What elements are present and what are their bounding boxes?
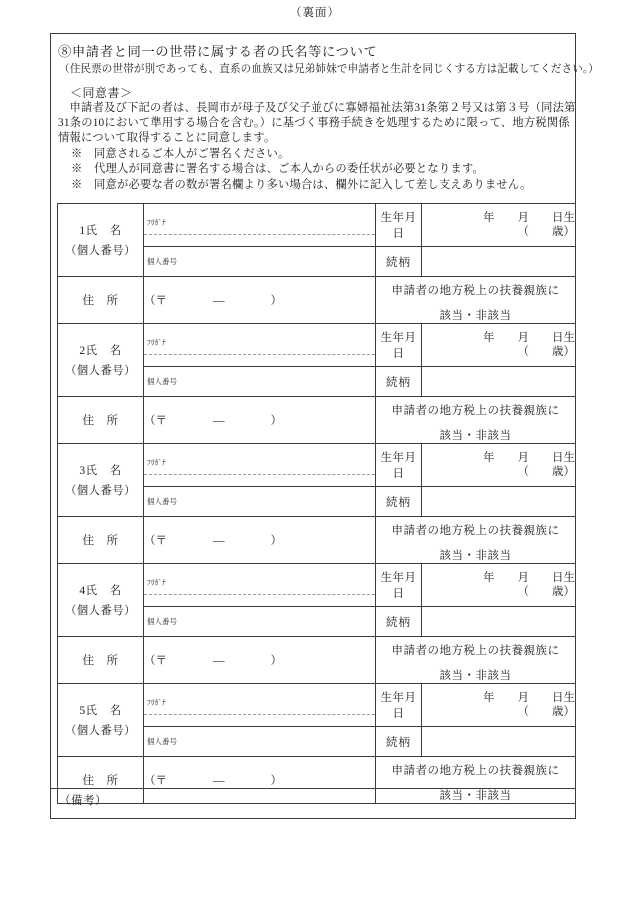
person-3-name-input-cell: ﾌﾘｶﾞﾅ	[144, 444, 376, 487]
person-2-personal-number-cell: 個人番号	[144, 367, 376, 397]
person-1-personal-number-cell: 個人番号	[144, 247, 376, 277]
person-2-name-label-cell: 2氏 名 （個人番号）	[58, 324, 144, 397]
person-name-label: 3氏 名	[58, 462, 143, 478]
furigana-label: ﾌﾘｶﾞﾅ	[144, 215, 375, 235]
relation-label: 続柄	[376, 367, 422, 397]
person-name-label: 4氏 名	[58, 582, 143, 598]
address-label: 住 所	[58, 397, 144, 444]
person-5-name-input-cell: ﾌﾘｶﾞﾅ	[144, 684, 376, 727]
tax-dependent-choice: 該当・非該当	[376, 547, 575, 563]
person-4-relation-value-cell	[422, 607, 576, 637]
birth-date-format-cell: 年 月 日生 （ 歳）	[422, 444, 576, 487]
table-row: 住 所 （〒 ― ） 申請者の地方税上の扶養親族に 該当・非該当	[58, 277, 576, 324]
person-1-relation-value-cell	[422, 247, 576, 277]
person-2-name-input-cell: ﾌﾘｶﾞﾅ	[144, 324, 376, 367]
address-label: 住 所	[58, 637, 144, 684]
relation-label: 続柄	[376, 727, 422, 757]
birth-age-line: （ 歳）	[422, 225, 575, 239]
person-5-name-label-cell: 5氏 名 （個人番号）	[58, 684, 144, 757]
person-2-address-input-cell: （〒 ― ）	[144, 397, 376, 444]
furigana-label: ﾌﾘｶﾞﾅ	[144, 695, 375, 715]
back-side-label: （裏面）	[0, 4, 630, 20]
person-number-sub-label: （個人番号）	[58, 242, 143, 258]
birth-date-label: 生年月日	[376, 564, 422, 607]
person-3-tax-dependent-cell: 申請者の地方税上の扶養親族に 該当・非該当	[376, 517, 576, 564]
personal-number-label: 個人番号	[144, 618, 375, 626]
consent-note: ※ 代理人が同意書に署名する場合は、ご本人からの委任状が必要となります。	[71, 162, 532, 177]
birth-date-format-cell: 年 月 日生 （ 歳）	[422, 564, 576, 607]
person-4-name-input-cell: ﾌﾘｶﾞﾅ	[144, 564, 376, 607]
person-1-name-label-cell: 1氏 名 （個人番号）	[58, 204, 144, 277]
address-label: 住 所	[58, 517, 144, 564]
birth-age-line: （ 歳）	[422, 585, 575, 599]
birth-date-label: 生年月日	[376, 204, 422, 247]
birth-format-line: 年 月 日生	[422, 691, 575, 705]
relation-label: 続柄	[376, 607, 422, 637]
person-2-relation-value-cell	[422, 367, 576, 397]
tax-dependent-line: 申請者の地方税上の扶養親族に	[376, 642, 575, 658]
birth-format-line: 年 月 日生	[422, 451, 575, 465]
personal-number-label: 個人番号	[144, 498, 375, 506]
personal-number-label: 個人番号	[144, 378, 375, 386]
consent-line: 情報について取得することに同意します。	[58, 131, 572, 146]
table-row: 1氏 名 （個人番号） ﾌﾘｶﾞﾅ 生年月日 年 月 日生 （ 歳）	[58, 204, 576, 247]
section-title: ⑧申請者と同一の世帯に属する者の氏名等について	[58, 41, 377, 60]
person-4-personal-number-cell: 個人番号	[144, 607, 376, 637]
birth-format-line: 年 月 日生	[422, 211, 575, 225]
tax-dependent-line: 申請者の地方税上の扶養親族に	[376, 402, 575, 418]
person-number-sub-label: （個人番号）	[58, 722, 143, 738]
person-4-tax-dependent-cell: 申請者の地方税上の扶養親族に 該当・非該当	[376, 637, 576, 684]
tax-dependent-choice: 該当・非該当	[376, 427, 575, 443]
person-name-label: 2氏 名	[58, 342, 143, 358]
birth-date-label: 生年月日	[376, 684, 422, 727]
tax-dependent-line: 申請者の地方税上の扶養親族に	[376, 282, 575, 298]
table-row: 住 所 （〒 ― ） 申請者の地方税上の扶養親族に 該当・非該当	[58, 397, 576, 444]
person-name-label: 5氏 名	[58, 702, 143, 718]
table-row: 住 所 （〒 ― ） 申請者の地方税上の扶養親族に 該当・非該当	[58, 517, 576, 564]
person-4-name-label-cell: 4氏 名 （個人番号）	[58, 564, 144, 637]
consent-notes: ※ 同意されるご本人がご署名ください。 ※ 代理人が同意書に署名する場合は、ご本…	[71, 147, 532, 193]
birth-date-format-cell: 年 月 日生 （ 歳）	[422, 684, 576, 727]
remarks-label: （備考）	[59, 792, 107, 808]
table-row: 4氏 名 （個人番号） ﾌﾘｶﾞﾅ 生年月日 年 月 日生 （ 歳）	[58, 564, 576, 607]
birth-format-line: 年 月 日生	[422, 331, 575, 345]
table-row: 住 所 （〒 ― ） 申請者の地方税上の扶養親族に 該当・非該当	[58, 637, 576, 684]
birth-age-line: （ 歳）	[422, 705, 575, 719]
birth-format-line: 年 月 日生	[422, 571, 575, 585]
person-1-tax-dependent-cell: 申請者の地方税上の扶養親族に 該当・非該当	[376, 277, 576, 324]
consent-line: 申請者及び下記の者は、長岡市が母子及び父子並びに寡婦福祉法第31条第２号又は第３…	[58, 101, 572, 116]
personal-number-label: 個人番号	[144, 738, 375, 746]
table-row: 2氏 名 （個人番号） ﾌﾘｶﾞﾅ 生年月日 年 月 日生 （ 歳）	[58, 324, 576, 367]
household-members-table: 1氏 名 （個人番号） ﾌﾘｶﾞﾅ 生年月日 年 月 日生 （ 歳） 個人番号 …	[57, 203, 576, 804]
birth-date-label: 生年月日	[376, 444, 422, 487]
table-row: 5氏 名 （個人番号） ﾌﾘｶﾞﾅ 生年月日 年 月 日生 （ 歳）	[58, 684, 576, 727]
consent-line: 31条の10において準用する場合を含む。）に基づく事務手続きを処理するために限っ…	[58, 116, 572, 131]
consent-note: ※ 同意されるご本人がご署名ください。	[71, 147, 532, 162]
furigana-label: ﾌﾘｶﾞﾅ	[144, 575, 375, 595]
tax-dependent-choice: 該当・非該当	[376, 307, 575, 323]
tax-dependent-line: 申請者の地方税上の扶養親族に	[376, 522, 575, 538]
furigana-label: ﾌﾘｶﾞﾅ	[144, 455, 375, 475]
relation-label: 続柄	[376, 247, 422, 277]
section-box: ⑧申請者と同一の世帯に属する者の氏名等について （住民票の世帯が別であっても、直…	[50, 33, 576, 819]
consent-paragraph: 申請者及び下記の者は、長岡市が母子及び父子並びに寡婦福祉法第31条第２号又は第３…	[58, 101, 572, 147]
person-1-name-input-cell: ﾌﾘｶﾞﾅ	[144, 204, 376, 247]
person-1-address-input-cell: （〒 ― ）	[144, 277, 376, 324]
birth-age-line: （ 歳）	[422, 345, 575, 359]
personal-number-label: 個人番号	[144, 258, 375, 266]
tax-dependent-line: 申請者の地方税上の扶養親族に	[376, 762, 575, 778]
person-5-personal-number-cell: 個人番号	[144, 727, 376, 757]
relation-label: 続柄	[376, 487, 422, 517]
person-5-relation-value-cell	[422, 727, 576, 757]
birth-date-format-cell: 年 月 日生 （ 歳）	[422, 204, 576, 247]
person-4-address-input-cell: （〒 ― ）	[144, 637, 376, 684]
tax-dependent-choice: 該当・非該当	[376, 667, 575, 683]
remarks-row: （備考）	[51, 788, 575, 818]
address-label: 住 所	[58, 277, 144, 324]
person-3-relation-value-cell	[422, 487, 576, 517]
person-3-address-input-cell: （〒 ― ）	[144, 517, 376, 564]
section-subtitle: （住民票の世帯が別であっても、直系の血族又は兄弟姉妹で申請者と生計を同じくする方…	[59, 61, 599, 76]
table-row: 3氏 名 （個人番号） ﾌﾘｶﾞﾅ 生年月日 年 月 日生 （ 歳）	[58, 444, 576, 487]
person-name-label: 1氏 名	[58, 222, 143, 238]
person-number-sub-label: （個人番号）	[58, 362, 143, 378]
birth-date-label: 生年月日	[376, 324, 422, 367]
person-2-tax-dependent-cell: 申請者の地方税上の扶養親族に 該当・非該当	[376, 397, 576, 444]
birth-date-format-cell: 年 月 日生 （ 歳）	[422, 324, 576, 367]
person-3-personal-number-cell: 個人番号	[144, 487, 376, 517]
birth-age-line: （ 歳）	[422, 465, 575, 479]
consent-note: ※ 同意が必要な者の数が署名欄より多い場合は、欄外に記入して差し支えありません。	[71, 178, 532, 193]
person-3-name-label-cell: 3氏 名 （個人番号）	[58, 444, 144, 517]
consent-heading: ＜同意書＞	[70, 84, 133, 101]
person-number-sub-label: （個人番号）	[58, 602, 143, 618]
furigana-label: ﾌﾘｶﾞﾅ	[144, 335, 375, 355]
person-number-sub-label: （個人番号）	[58, 482, 143, 498]
